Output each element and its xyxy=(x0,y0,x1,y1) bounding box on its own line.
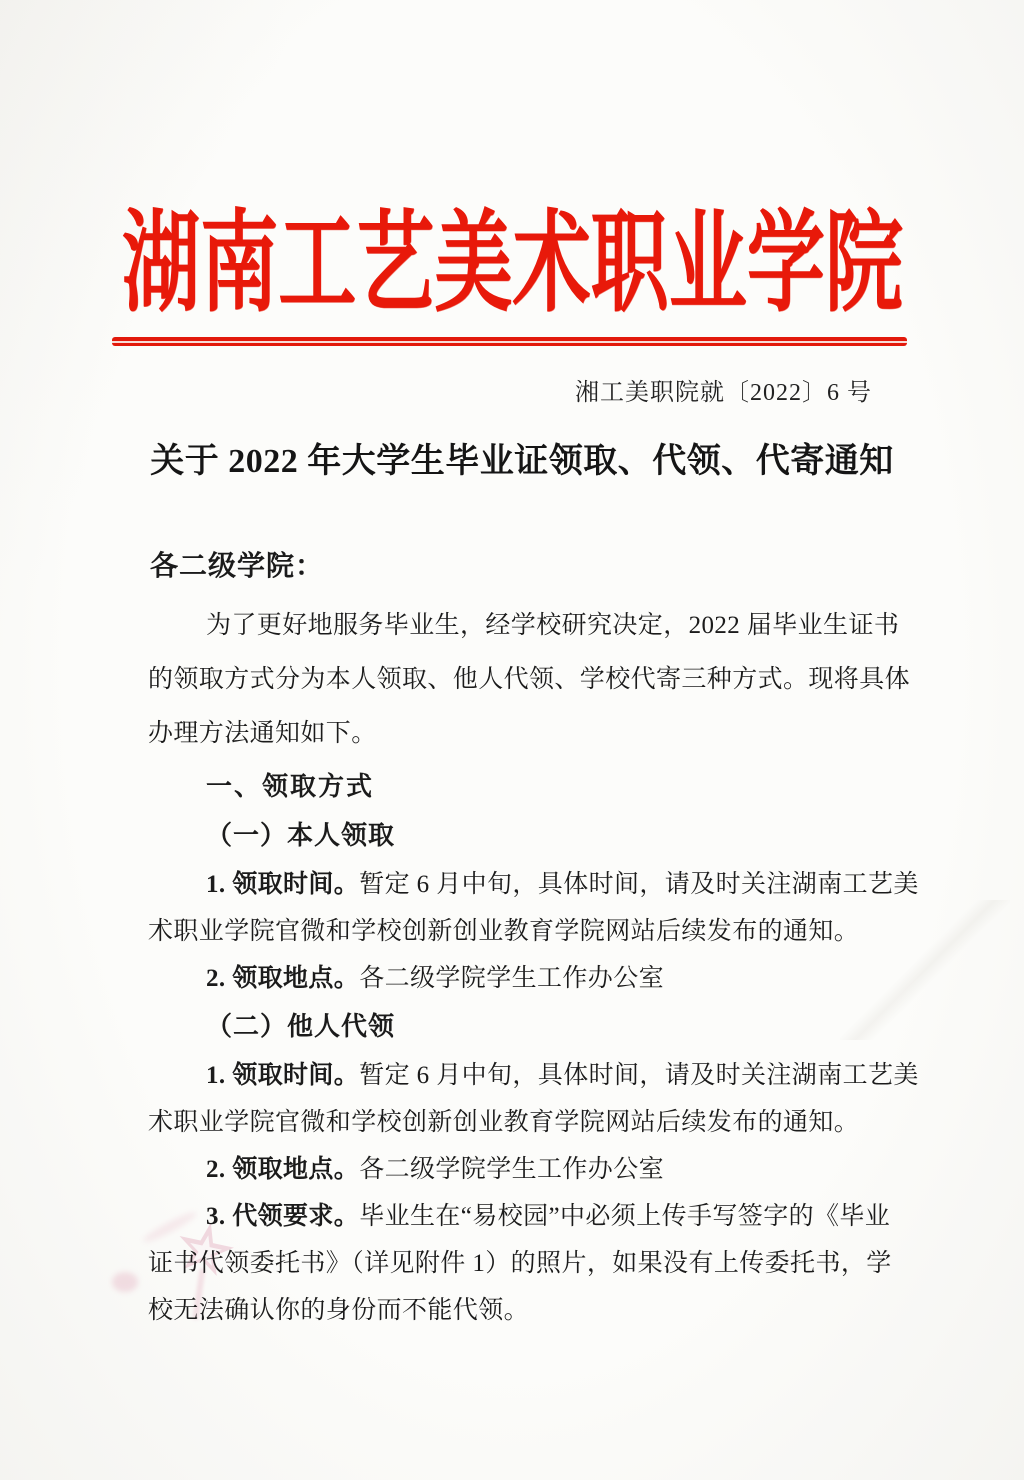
section-heading: 一、领取方式 xyxy=(148,761,896,811)
subsection-heading: （二）他人代领 xyxy=(148,1002,896,1052)
body-line: 办理方法通知如下。 xyxy=(148,707,896,761)
body-line: 为了更好地服务毕业生，经学校研究决定，2022 届毕业生证书 xyxy=(148,599,896,653)
doc-number: 湘工美职院就〔2022〕6 号 xyxy=(575,372,872,407)
body-line: 校无法确认你的身份而不能代领。 xyxy=(148,1287,896,1334)
document-body: 为了更好地服务毕业生，经学校研究决定，2022 届毕业生证书 的领取方式分为本人… xyxy=(148,599,896,1334)
stamp-bleedthrough-smudge xyxy=(112,1272,138,1292)
body-line: 的领取方式分为本人领取、他人代领、学校代寄三种方式。现将具体 xyxy=(148,653,896,707)
body-line: 术职业学院官微和学校创新创业教育学院网站后续发布的通知。 xyxy=(148,1099,896,1146)
body-line: 1. 领取时间。暂定 6 月中旬，具体时间，请及时关注湖南工艺美 xyxy=(148,1052,896,1099)
body-line: 证书代领委托书》（详见附件 1）的照片，如果没有上传委托书，学 xyxy=(148,1240,896,1287)
body-line: 2. 领取地点。各二级学院学生工作办公室 xyxy=(148,955,896,1002)
body-line: 3. 代领要求。毕业生在“易校园”中必须上传手写签字的《毕业 xyxy=(148,1193,896,1240)
body-line: 术职业学院官微和学校创新创业教育学院网站后续发布的通知。 xyxy=(148,908,896,955)
letterhead-org-name: 湖南工艺美术职业学院 xyxy=(122,200,903,328)
letterhead-red-rule xyxy=(112,337,907,346)
document-title: 关于 2022 年大学生毕业证领取、代领、代寄通知 xyxy=(10,433,1024,482)
subsection-heading: （一）本人领取 xyxy=(148,811,896,861)
salutation: 各二级学院： xyxy=(150,544,324,584)
body-line: 2. 领取地点。各二级学院学生工作办公室 xyxy=(148,1146,896,1193)
body-line: 1. 领取时间。暂定 6 月中旬，具体时间，请及时关注湖南工艺美 xyxy=(148,861,896,908)
